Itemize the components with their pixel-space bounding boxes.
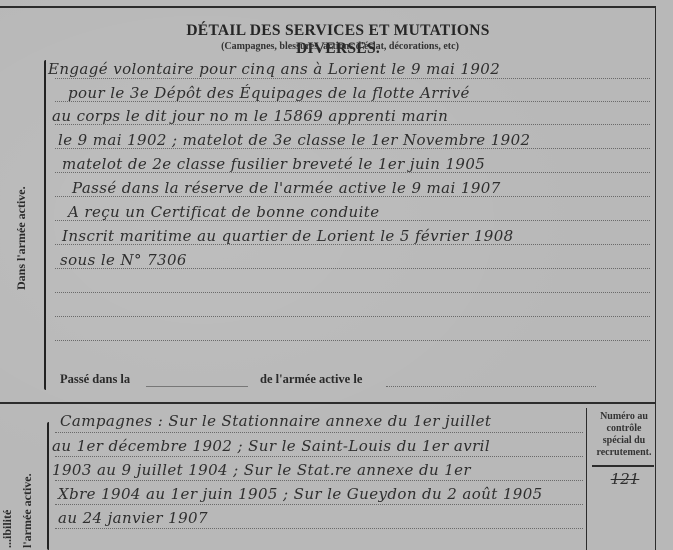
handwritten-line: Passé dans la réserve de l'armée active … <box>72 179 501 197</box>
side-label-line2: l'armée active. <box>20 473 34 548</box>
handwritten-line: pour le 3e Dépôt des Équipages de la flo… <box>68 84 470 102</box>
side-label-disponibilite-2: l'armée active. <box>20 473 35 548</box>
side-label-line1: ...ibilité <box>0 510 14 548</box>
right-border <box>655 6 656 550</box>
handwritten-line: Xbre 1904 au 1er juin 1905 ; Sur le Guey… <box>58 485 543 503</box>
control-number-header: Numéro au contrôle spécial du recrutemen… <box>593 411 655 459</box>
passe-dans-la-label: Passé dans la <box>60 372 130 387</box>
ruled-line <box>55 456 583 457</box>
ruled-line <box>55 292 650 293</box>
side-label-active-army: Dans l'armée active. <box>14 186 29 290</box>
handwritten-line: Inscrit maritime au quartier de Lorient … <box>62 227 514 245</box>
handwritten-line: Engagé volontaire pour cinq ans à Lorien… <box>48 60 500 78</box>
military-record-page: DÉTAIL DES SERVICES ET MUTATIONS DIVERSE… <box>0 0 673 550</box>
section-subtitle: (Campagnes, blessures, actions d'éclat, … <box>150 41 530 52</box>
section-divider <box>0 402 655 404</box>
ruled-line <box>55 78 650 79</box>
ruled-line <box>55 480 583 481</box>
armee-active-le-label: de l'armée active le <box>260 372 362 387</box>
handwritten-line: 1903 au 9 juillet 1904 ; Sur le Stat.re … <box>52 461 471 479</box>
side-label-disponibilite: ...ibilité <box>0 510 15 548</box>
handwritten-line: le 9 mai 1902 ; matelot de 3e classe le … <box>58 131 531 149</box>
left-bracket-2 <box>47 422 49 550</box>
armee-active-le-blank <box>386 386 596 387</box>
passe-dans-la-blank <box>146 386 248 387</box>
control-column-divider <box>586 408 587 550</box>
ruled-line <box>55 528 583 529</box>
ruled-line <box>55 316 650 317</box>
ruled-line <box>55 432 583 433</box>
handwritten-line: au 1er décembre 1902 ; Sur le Saint-Loui… <box>52 437 490 455</box>
handwritten-line: Campagnes : Sur le Stationnaire annexe d… <box>60 412 491 430</box>
control-number-value: 121 <box>600 470 650 488</box>
handwritten-line: matelot de 2e classe fusilier breveté le… <box>62 155 485 173</box>
top-border <box>0 6 655 8</box>
section-title: DÉTAIL DES SERVICES ET MUTATIONS DIVERSE… <box>148 22 528 58</box>
handwritten-line: sous le N° 7306 <box>60 251 187 269</box>
ruled-line <box>55 340 650 341</box>
ruled-line <box>55 504 583 505</box>
left-bracket <box>44 60 46 390</box>
control-number-underline <box>592 465 654 467</box>
handwritten-line: au corps le dit jour no m le 15869 appre… <box>52 107 448 125</box>
handwritten-line: au 24 janvier 1907 <box>58 509 208 527</box>
handwritten-line: A reçu un Certificat de bonne conduite <box>68 203 380 221</box>
